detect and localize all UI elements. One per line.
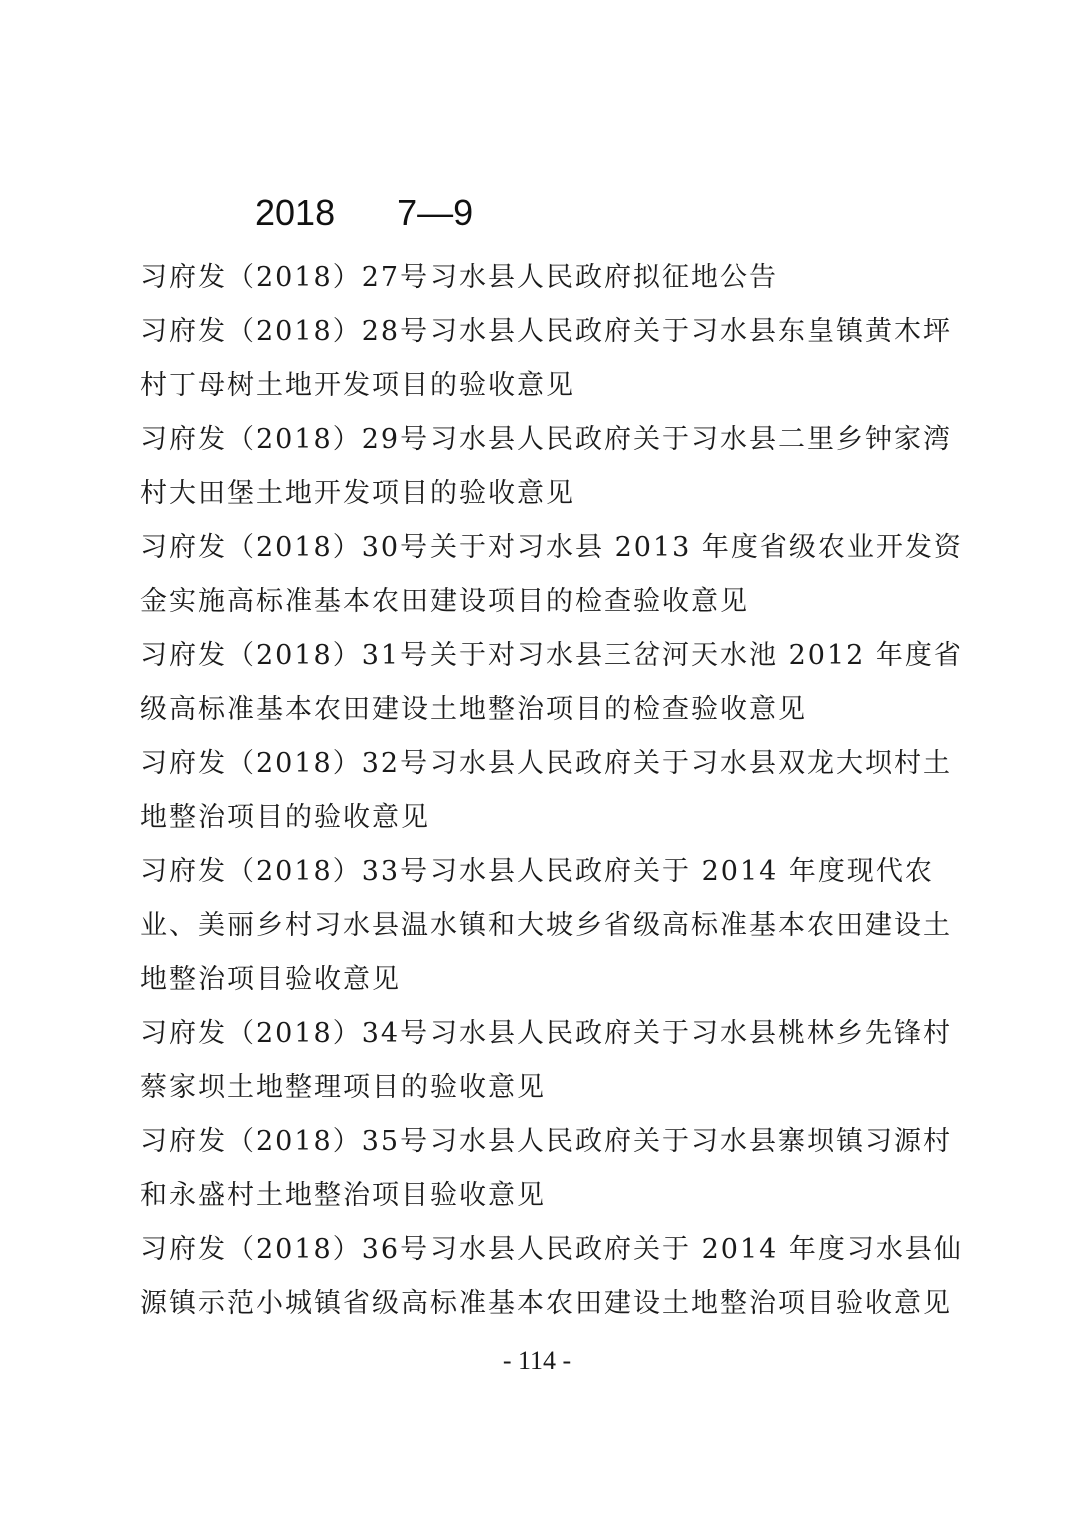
doc-number: 习府发（2018）30号 <box>140 532 430 564</box>
doc-title: 习水县人民政府关于习水县东皇镇黄木坪 <box>430 316 952 347</box>
page-number: - 114 - <box>0 1346 1074 1376</box>
entry-31: 习府发（2018）31号关于对习水县三岔河天水池 2012 年度省 <box>140 640 963 672</box>
doc-title: 习水县人民政府关于习水县桃林乡先锋村 <box>430 1018 952 1049</box>
doc-title: 习水县人民政府关于 2014 年度习水县仙 <box>430 1234 963 1265</box>
doc-title: 关于对习水县 2013 年度省级农业开发资 <box>430 532 963 563</box>
entry-33-cont-2: 地整治项目验收意见 <box>140 964 401 996</box>
doc-number: 习府发（2018）33号 <box>140 856 430 888</box>
entry-33: 习府发（2018）33号习水县人民政府关于 2014 年度现代农 <box>140 856 934 888</box>
entry-33-cont-1: 业、美丽乡村习水县温水镇和大坡乡省级高标准基本农田建设土 <box>140 910 952 942</box>
doc-title: 习水县人民政府关于习水县二里乡钟家湾 <box>430 424 952 455</box>
doc-number: 习府发（2018）35号 <box>140 1126 430 1158</box>
document-page: 20187—9 习府发（2018）27号习水县人民政府拟征地公告 习府发（201… <box>0 0 1074 1520</box>
entry-34-cont: 蔡家坝土地整理项目的验收意见 <box>140 1072 546 1104</box>
entry-30: 习府发（2018）30号关于对习水县 2013 年度省级农业开发资 <box>140 532 963 564</box>
heading-year: 2018 <box>255 192 335 233</box>
entry-36-cont: 源镇示范小城镇省级高标准基本农田建设土地整治项目验收意见 <box>140 1288 952 1320</box>
entry-32: 习府发（2018）32号习水县人民政府关于习水县双龙大坝村土 <box>140 748 952 780</box>
entry-28-cont: 村丁母树土地开发项目的验收意见 <box>140 370 575 402</box>
entry-35: 习府发（2018）35号习水县人民政府关于习水县寨坝镇习源村 <box>140 1126 952 1158</box>
doc-number: 习府发（2018）32号 <box>140 748 430 780</box>
entry-29: 习府发（2018）29号习水县人民政府关于习水县二里乡钟家湾 <box>140 424 952 456</box>
entry-31-cont: 级高标准基本农田建设土地整治项目的检查验收意见 <box>140 694 807 726</box>
doc-title: 习水县人民政府关于 2014 年度现代农 <box>430 856 934 887</box>
doc-number: 习府发（2018）36号 <box>140 1234 430 1266</box>
entry-36: 习府发（2018）36号习水县人民政府关于 2014 年度习水县仙 <box>140 1234 963 1266</box>
heading-range: 7—9 <box>397 192 473 233</box>
entry-32-cont: 地整治项目的验收意见 <box>140 802 430 834</box>
page-heading: 20187—9 <box>255 192 473 234</box>
entry-30-cont: 金实施高标准基本农田建设项目的检查验收意见 <box>140 586 749 618</box>
doc-title: 习水县人民政府关于习水县双龙大坝村土 <box>430 748 952 779</box>
entry-29-cont: 村大田堡土地开发项目的验收意见 <box>140 478 575 510</box>
entry-35-cont: 和永盛村土地整治项目验收意见 <box>140 1180 546 1212</box>
doc-number: 习府发（2018）34号 <box>140 1018 430 1050</box>
entry-28: 习府发（2018）28号习水县人民政府关于习水县东皇镇黄木坪 <box>140 316 952 348</box>
entry-27: 习府发（2018）27号习水县人民政府拟征地公告 <box>140 262 778 294</box>
doc-title: 习水县人民政府关于习水县寨坝镇习源村 <box>430 1126 952 1157</box>
doc-number: 习府发（2018）29号 <box>140 424 430 456</box>
doc-title: 关于对习水县三岔河天水池 2012 年度省 <box>430 640 963 671</box>
doc-number: 习府发（2018）27号 <box>140 262 430 294</box>
doc-title: 习水县人民政府拟征地公告 <box>430 262 778 293</box>
entry-34: 习府发（2018）34号习水县人民政府关于习水县桃林乡先锋村 <box>140 1018 952 1050</box>
doc-number: 习府发（2018）31号 <box>140 640 430 672</box>
doc-number: 习府发（2018）28号 <box>140 316 430 348</box>
